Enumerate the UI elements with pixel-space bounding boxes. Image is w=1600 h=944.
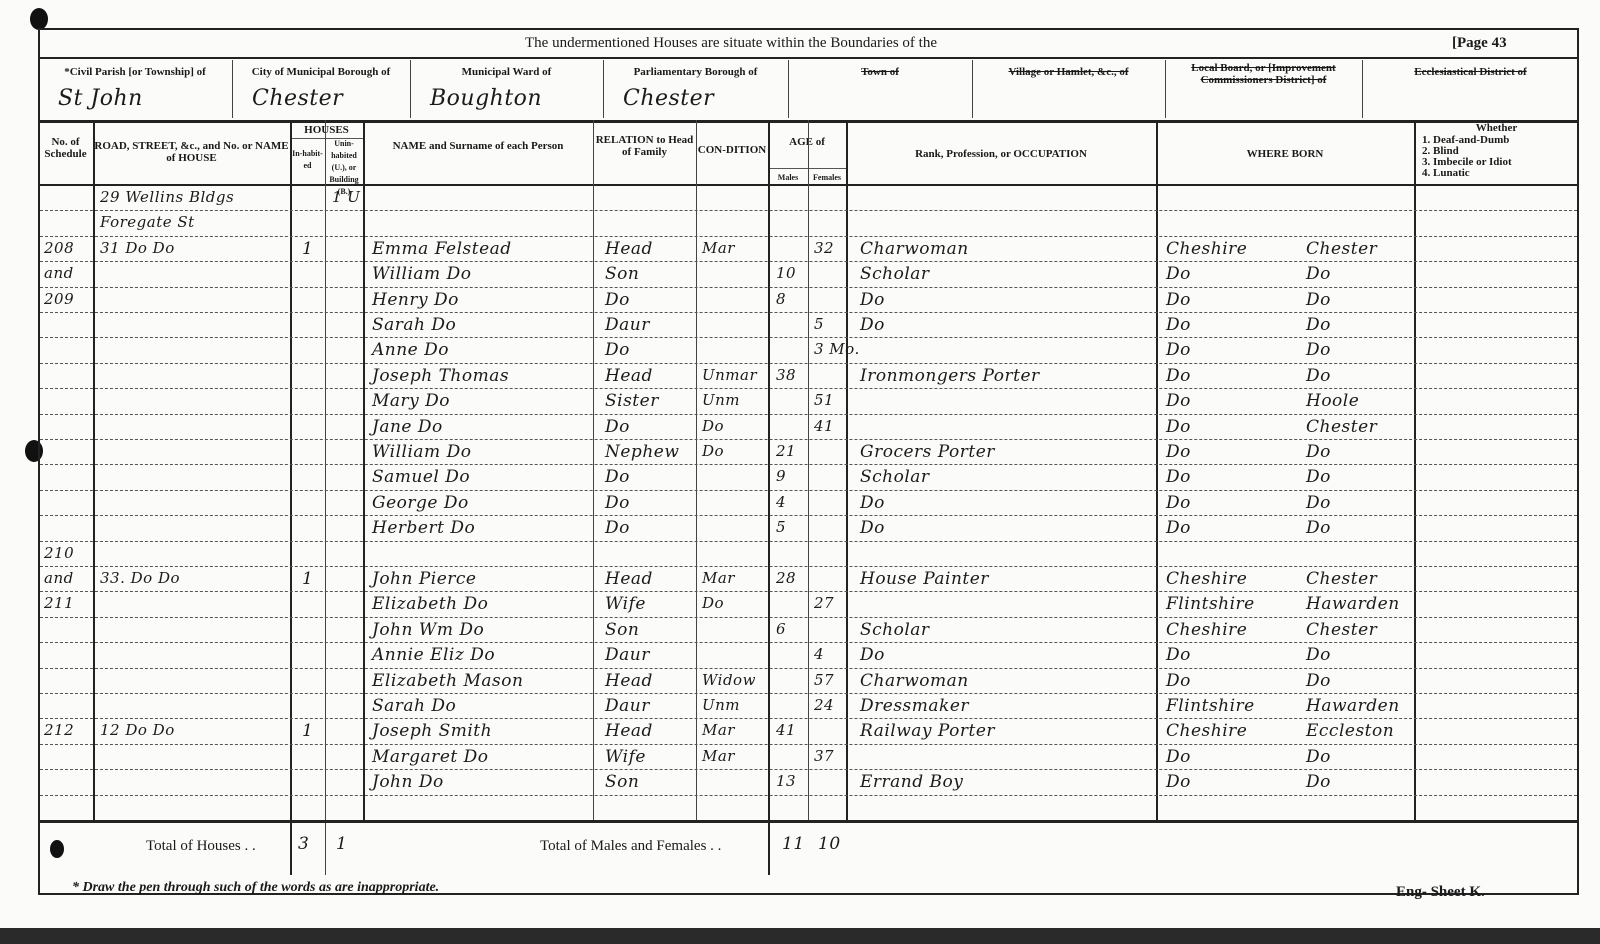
occupation: Scholar xyxy=(860,264,930,284)
born-county: Do xyxy=(1166,671,1191,691)
age-female: 4 xyxy=(814,645,824,663)
born-place: Hawarden xyxy=(1306,696,1400,716)
person-name: Anne Do xyxy=(372,340,449,360)
age-male: 28 xyxy=(776,569,796,587)
person-name: William Do xyxy=(372,264,471,284)
person-name: Elizabeth Do xyxy=(372,594,488,614)
born-county: Flintshire xyxy=(1166,594,1255,614)
born-county: Cheshire xyxy=(1166,620,1247,640)
born-county: Do xyxy=(1166,442,1191,462)
born-place: Do xyxy=(1306,467,1331,487)
admin-field-value: Chester xyxy=(623,86,714,111)
person-name: John Wm Do xyxy=(372,620,484,640)
total-males: 11 xyxy=(782,834,805,854)
condition: Unmar xyxy=(702,366,757,384)
ink-blot xyxy=(50,840,64,858)
header-whether: Whether xyxy=(1414,122,1579,134)
born-place: Do xyxy=(1306,772,1331,792)
relation: Son xyxy=(605,264,639,284)
admin-field-label: Municipal Ward of xyxy=(410,66,603,78)
occupation: Do xyxy=(860,518,885,538)
occupation: Scholar xyxy=(860,620,930,640)
scan-edge xyxy=(0,928,1600,944)
occupation: Grocers Porter xyxy=(860,442,995,462)
born-county: Do xyxy=(1166,518,1191,538)
relation: Do xyxy=(605,518,630,538)
schedule-number: 209 xyxy=(44,290,74,308)
born-county: Do xyxy=(1166,645,1191,665)
condition: Do xyxy=(702,594,724,612)
relation: Wife xyxy=(605,747,646,767)
occupation: Errand Boy xyxy=(860,772,963,792)
born-place: Hoole xyxy=(1306,391,1359,411)
age-male: 9 xyxy=(776,467,786,485)
schedule-number: and xyxy=(44,264,74,282)
age-male: 38 xyxy=(776,366,796,384)
occupation: Scholar xyxy=(860,467,930,487)
sheet-label: Eng- Sheet K. xyxy=(1396,884,1485,901)
condition: Unm xyxy=(702,391,740,409)
total-females: 10 xyxy=(818,834,841,854)
person-name: Joseph Smith xyxy=(372,721,492,741)
relation: Do xyxy=(605,417,630,437)
born-place: Do xyxy=(1306,340,1331,360)
relation: Do xyxy=(605,467,630,487)
uninhabited-count: 1 U xyxy=(332,188,360,206)
road-address: 31 Do Do xyxy=(100,239,175,257)
relation: Daur xyxy=(605,645,650,665)
condition: Mar xyxy=(702,721,735,739)
age-male: 5 xyxy=(776,518,786,536)
relation: Do xyxy=(605,340,630,360)
condition: Mar xyxy=(702,569,735,587)
born-place: Do xyxy=(1306,518,1331,538)
age-male: 13 xyxy=(776,772,796,790)
occupation: Do xyxy=(860,645,885,665)
age-male: 21 xyxy=(776,442,796,460)
occupation: Charwoman xyxy=(860,239,969,259)
header-relation: RELATION to Head of Family xyxy=(593,134,696,158)
schedule-number: 211 xyxy=(44,594,74,612)
born-place: Chester xyxy=(1306,620,1377,640)
total-persons-label: Total of Males and Females . . xyxy=(540,838,721,855)
header-where-born: WHERE BORN xyxy=(1156,148,1414,160)
road-address: 33. Do Do xyxy=(100,569,180,587)
born-place: Chester xyxy=(1306,239,1377,259)
admin-field-label: City of Municipal Borough of xyxy=(232,66,410,78)
header-name: NAME and Surname of each Person xyxy=(363,140,593,152)
schedule-number: 212 xyxy=(44,721,74,739)
admin-field-label: Ecclesiastical District of xyxy=(1362,66,1579,78)
born-county: Do xyxy=(1166,747,1191,767)
person-name: Margaret Do xyxy=(372,747,488,767)
header-age: AGE of xyxy=(768,136,846,148)
header-schedule: No. of Schedule xyxy=(38,136,93,160)
header-inhabited: In-habit-ed xyxy=(290,148,325,172)
relation: Sister xyxy=(605,391,659,411)
header-road: ROAD, STREET, &c., and No. or NAME of HO… xyxy=(93,140,290,164)
header-houses: HOUSES xyxy=(290,124,363,136)
born-county: Do xyxy=(1166,391,1191,411)
age-male: 8 xyxy=(776,290,786,308)
person-name: Herbert Do xyxy=(372,518,475,538)
relation: Do xyxy=(605,493,630,513)
header-occupation: Rank, Profession, or OCCUPATION xyxy=(846,148,1156,160)
relation: Nephew xyxy=(605,442,679,462)
census-page: The undermentioned Houses are situate wi… xyxy=(0,0,1600,944)
relation: Head xyxy=(605,239,653,259)
occupation: Do xyxy=(860,493,885,513)
born-place: Do xyxy=(1306,493,1331,513)
born-place: Do xyxy=(1306,671,1331,691)
person-name: Joseph Thomas xyxy=(372,366,509,386)
person-name: Henry Do xyxy=(372,290,459,310)
age-male: 6 xyxy=(776,620,786,638)
condition: Widow xyxy=(702,671,756,689)
admin-field-label: Parliamentary Borough of xyxy=(603,66,788,78)
header-males: Males xyxy=(768,172,808,184)
total-uninhabited: 1 xyxy=(336,834,347,854)
admin-field-value: Boughton xyxy=(430,86,542,111)
relation: Head xyxy=(605,671,653,691)
born-county: Flintshire xyxy=(1166,696,1255,716)
footnote: * Draw the pen through such of the words… xyxy=(72,880,439,896)
person-name: Sarah Do xyxy=(372,696,456,716)
person-name: Emma Felstead xyxy=(372,239,512,259)
person-name: Mary Do xyxy=(372,391,450,411)
relation: Wife xyxy=(605,594,646,614)
relation: Head xyxy=(605,569,653,589)
occupation: House Painter xyxy=(860,569,989,589)
road-address: 12 Do Do xyxy=(100,721,175,739)
age-male: 10 xyxy=(776,264,796,282)
inhabited-count: 1 xyxy=(302,721,313,741)
person-name: Annie Eliz Do xyxy=(372,645,495,665)
occupation: Ironmongers Porter xyxy=(860,366,1040,386)
person-name: George Do xyxy=(372,493,469,513)
header-females: Females xyxy=(808,172,846,184)
relation: Do xyxy=(605,290,630,310)
page-title: The undermentioned Houses are situate wi… xyxy=(525,35,937,52)
person-name: Jane Do xyxy=(372,417,443,437)
relation: Daur xyxy=(605,315,650,335)
person-name: John Pierce xyxy=(372,569,477,589)
relation: Son xyxy=(605,772,639,792)
born-county: Do xyxy=(1166,772,1191,792)
born-county: Cheshire xyxy=(1166,239,1247,259)
occupation: Do xyxy=(860,315,885,335)
schedule-number: 210 xyxy=(44,544,74,562)
born-place: Hawarden xyxy=(1306,594,1400,614)
admin-field-label: Village or Hamlet, &c., of xyxy=(972,66,1165,78)
admin-field-label: *Civil Parish [or Township] of xyxy=(38,66,232,78)
schedule-number: 208 xyxy=(44,239,74,257)
born-place: Do xyxy=(1306,366,1331,386)
person-name: Elizabeth Mason xyxy=(372,671,523,691)
age-female: 37 xyxy=(814,747,834,765)
condition: Mar xyxy=(702,747,735,765)
road-address: 29 Wellins Bldgs xyxy=(100,188,234,206)
relation: Head xyxy=(605,721,653,741)
page-number: [Page 43 xyxy=(1452,35,1507,52)
age-male: 4 xyxy=(776,493,786,511)
born-place: Chester xyxy=(1306,417,1377,437)
born-county: Do xyxy=(1166,366,1191,386)
condition: Unm xyxy=(702,696,740,714)
binding-hole xyxy=(30,8,48,30)
occupation: Railway Porter xyxy=(860,721,995,741)
born-place: Eccleston xyxy=(1306,721,1394,741)
admin-field-value: Chester xyxy=(252,86,343,111)
header-condition: CON-DITION xyxy=(696,144,768,156)
age-female: 51 xyxy=(814,391,834,409)
age-female: 5 xyxy=(814,315,824,333)
born-place: Chester xyxy=(1306,569,1377,589)
age-female: 57 xyxy=(814,671,834,689)
born-county: Do xyxy=(1166,315,1191,335)
condition: Do xyxy=(702,417,724,435)
born-county: Do xyxy=(1166,467,1191,487)
condition: Mar xyxy=(702,239,735,257)
age-female: 3 Mo. xyxy=(814,340,860,358)
occupation: Do xyxy=(860,290,885,310)
born-county: Do xyxy=(1166,340,1191,360)
born-place: Do xyxy=(1306,315,1331,335)
road-address: Foregate St xyxy=(100,213,195,231)
age-female: 24 xyxy=(814,696,834,714)
occupation: Charwoman xyxy=(860,671,969,691)
occupation: Dressmaker xyxy=(860,696,969,716)
total-inhabited: 3 xyxy=(298,834,309,854)
relation: Son xyxy=(605,620,639,640)
relation: Daur xyxy=(605,696,650,716)
born-county: Cheshire xyxy=(1166,569,1247,589)
person-name: William Do xyxy=(372,442,471,462)
born-county: Do xyxy=(1166,417,1191,437)
schedule-number: and xyxy=(44,569,74,587)
inhabited-count: 1 xyxy=(302,569,313,589)
person-name: Sarah Do xyxy=(372,315,456,335)
relation: Head xyxy=(605,366,653,386)
person-name: John Do xyxy=(372,772,444,792)
age-female: 32 xyxy=(814,239,834,257)
born-county: Cheshire xyxy=(1166,721,1247,741)
admin-field-value: St John xyxy=(58,86,143,111)
born-county: Do xyxy=(1166,264,1191,284)
admin-field-label: Local Board, or [Improvement Commissione… xyxy=(1165,62,1362,86)
born-place: Do xyxy=(1306,290,1331,310)
age-female: 27 xyxy=(814,594,834,612)
born-place: Do xyxy=(1306,645,1331,665)
admin-field-label: Town of xyxy=(788,66,972,78)
condition: Do xyxy=(702,442,724,460)
person-name: Samuel Do xyxy=(372,467,470,487)
born-place: Do xyxy=(1306,442,1331,462)
inhabited-count: 1 xyxy=(302,239,313,259)
born-county: Do xyxy=(1166,290,1191,310)
header-infirmity-item: 4. Lunatic xyxy=(1422,167,1470,179)
born-county: Do xyxy=(1166,493,1191,513)
total-houses-label: Total of Houses . . xyxy=(146,838,256,855)
age-female: 41 xyxy=(814,417,834,435)
born-place: Do xyxy=(1306,747,1331,767)
born-place: Do xyxy=(1306,264,1331,284)
age-male: 41 xyxy=(776,721,796,739)
